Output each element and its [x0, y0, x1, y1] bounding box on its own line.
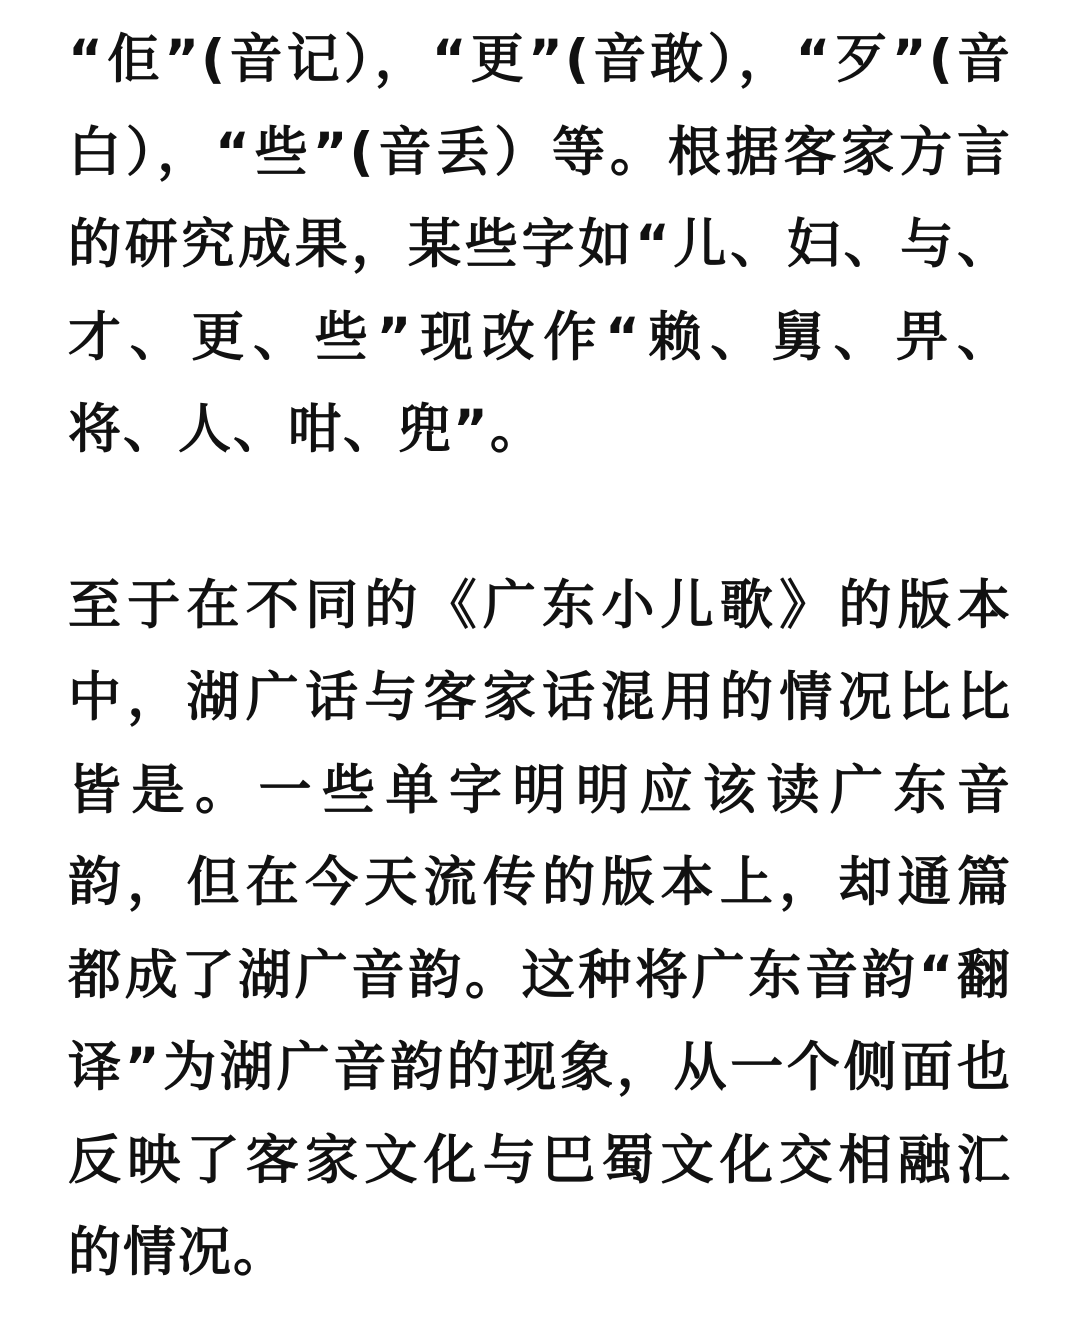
text-line: 皆是。一些单字明明应该读广东音 — [68, 745, 1012, 838]
text-line: 译”为湖广音韵的现象，从一个侧面也 — [68, 1022, 1012, 1115]
text-line: 韵，但在今天流传的版本上，却通篇 — [68, 837, 1012, 930]
text-line: 才、更、些”现改作“赖、舅、畀、 — [68, 292, 1012, 385]
text-line: 至于在不同的《广东小儿歌》的版本 — [68, 560, 1012, 653]
paragraph-2: 至于在不同的《广东小儿歌》的版本 中，湖广话与客家话混用的情况比比 皆是。一些单… — [68, 560, 1012, 1300]
text-line: 都成了湖广音韵。这种将广东音韵“翻 — [68, 930, 1012, 1023]
text-line: 反映了客家文化与巴蜀文化交相融汇 — [68, 1115, 1012, 1208]
text-line: 的情况。 — [68, 1207, 1012, 1300]
paragraph-spacer — [68, 477, 1012, 560]
article-body: “佢”(音记），“更”(音敢），“歹”(音 白），“些”(音丢）等。根据客家方言… — [68, 14, 1012, 1300]
text-line: 将、人、咁、兜”。 — [68, 384, 1012, 477]
text-line: “佢”(音记），“更”(音敢），“歹”(音 — [68, 14, 1012, 107]
paragraph-1: “佢”(音记），“更”(音敢），“歹”(音 白），“些”(音丢）等。根据客家方言… — [68, 14, 1012, 477]
text-line: 中，湖广话与客家话混用的情况比比 — [68, 652, 1012, 745]
text-line: 的研究成果，某些字如“儿、妇、与、 — [68, 199, 1012, 292]
text-line: 白），“些”(音丢）等。根据客家方言 — [68, 107, 1012, 200]
